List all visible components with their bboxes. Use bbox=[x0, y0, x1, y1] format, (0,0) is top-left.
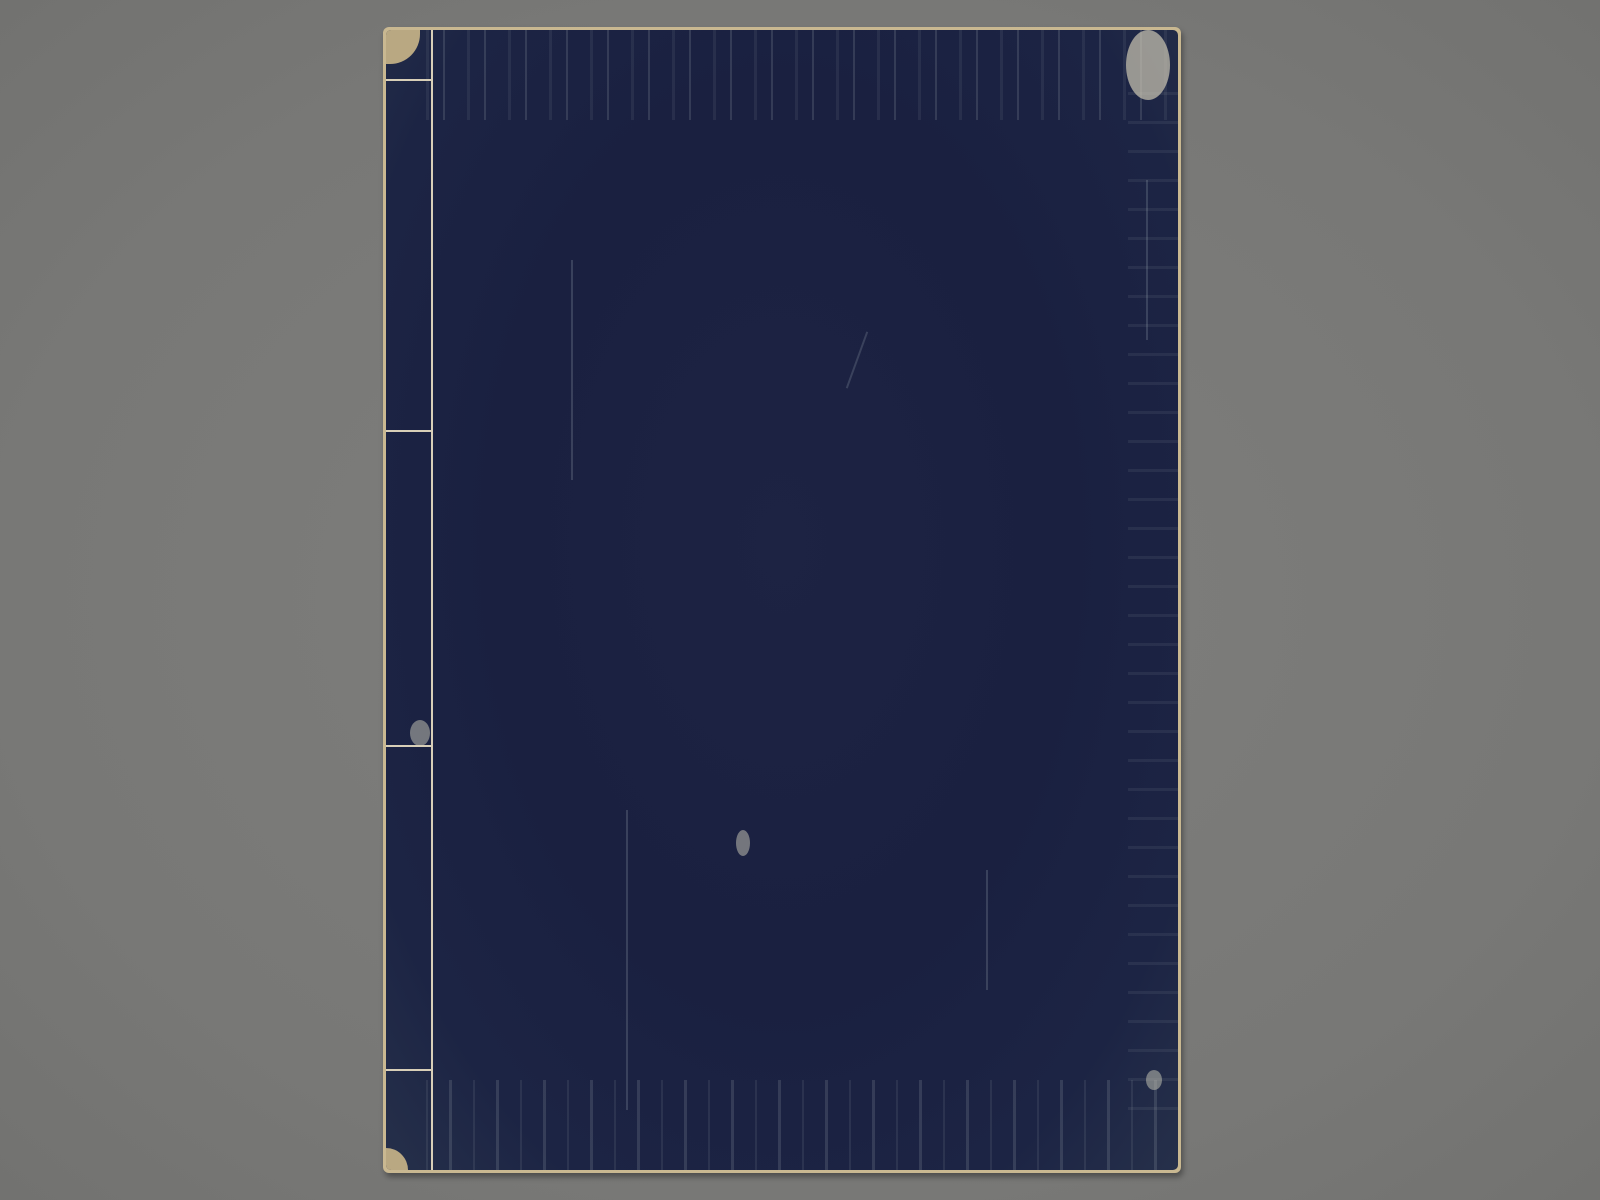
scratch bbox=[846, 331, 868, 388]
cover-wear-right bbox=[1128, 90, 1178, 1110]
cover-wear-bottom bbox=[426, 1080, 1168, 1170]
scratch bbox=[626, 810, 628, 1110]
book-cover bbox=[386, 30, 1178, 1170]
wear-spot bbox=[736, 830, 750, 856]
binding-thread-vertical bbox=[431, 30, 433, 1170]
binding-stitch bbox=[386, 79, 433, 81]
wear-spot bbox=[1126, 30, 1170, 100]
corner-wear-bottom-left bbox=[386, 1148, 408, 1170]
wear-spot bbox=[410, 720, 430, 746]
scratch bbox=[986, 870, 988, 990]
book bbox=[383, 27, 1181, 1173]
wear-spot bbox=[1146, 1070, 1162, 1090]
binding-stitch bbox=[386, 430, 433, 432]
corner-wear-top-left bbox=[386, 30, 420, 64]
binding-stitch bbox=[386, 1069, 433, 1071]
scratch bbox=[571, 260, 573, 480]
cover-wear-top bbox=[426, 30, 1168, 120]
scratch bbox=[1146, 180, 1148, 340]
binding-stitch bbox=[386, 745, 433, 747]
